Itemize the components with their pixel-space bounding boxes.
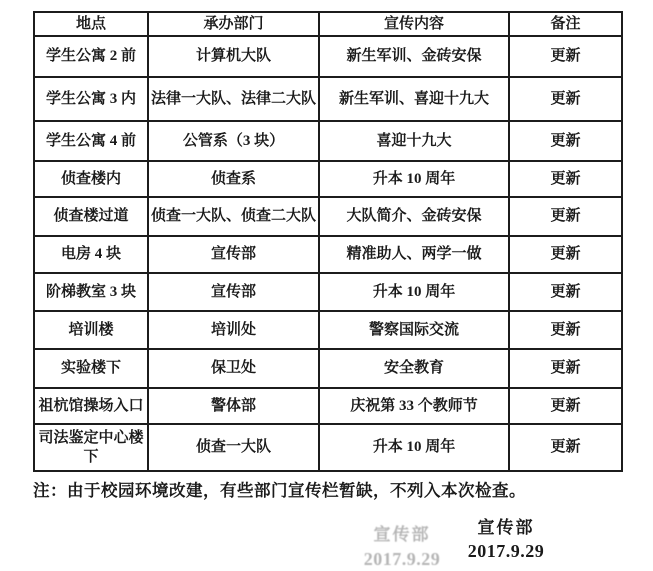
table-cell: 保卫处 (148, 349, 319, 388)
table-row: 学生公寓 2 前计算机大队新生军训、金砖安保更新 (34, 36, 622, 77)
table-cell: 升本 10 周年 (319, 161, 509, 197)
table-cell: 升本 10 周年 (319, 424, 509, 471)
table-cell: 更新 (509, 161, 622, 197)
table-cell: 侦查系 (148, 161, 319, 197)
document-page: { "table": { "headers": ["地点", "承办部门", "… (0, 0, 653, 571)
table-row: 侦查楼过道侦查一大队、侦查二大队大队简介、金砖安保更新 (34, 197, 622, 236)
table-cell: 更新 (509, 236, 622, 273)
table-cell: 祖杭馆操场入口 (34, 388, 148, 424)
table-cell: 阶梯教室 3 块 (34, 273, 148, 311)
signature-date: 2017.9.29 (448, 540, 564, 563)
table-cell: 喜迎十九大 (319, 121, 509, 161)
table-cell: 侦查一大队 (148, 424, 319, 471)
page: 地点承办部门宣传内容备注 学生公寓 2 前计算机大队新生军训、金砖安保更新学生公… (0, 0, 653, 571)
column-header: 地点 (34, 12, 148, 36)
table-cell: 培训楼 (34, 311, 148, 349)
table-cell: 电房 4 块 (34, 236, 148, 273)
table-cell: 安全教育 (319, 349, 509, 388)
footnote: 注：由于校园环境改建，有些部门宣传栏暂缺，不列入本次检查。 (33, 477, 633, 501)
table-cell: 更新 (509, 273, 622, 311)
table-row: 祖杭馆操场入口警体部庆祝第 33 个教师节更新 (34, 388, 622, 424)
table-header-row: 地点承办部门宣传内容备注 (34, 12, 622, 36)
table-cell: 更新 (509, 77, 622, 121)
table-cell: 司法鉴定中心楼下 (34, 424, 148, 471)
table-cell: 实验楼下 (34, 349, 148, 388)
table-row: 司法鉴定中心楼下侦查一大队升本 10 周年更新 (34, 424, 622, 471)
ghost-signature-department: 宣传部 (348, 522, 456, 548)
column-header: 备注 (509, 12, 622, 36)
table-row: 实验楼下保卫处安全教育更新 (34, 349, 622, 388)
table-cell: 大队简介、金砖安保 (319, 197, 509, 236)
table-cell: 更新 (509, 388, 622, 424)
table-cell: 升本 10 周年 (319, 273, 509, 311)
table-cell: 侦查楼过道 (34, 197, 148, 236)
column-header: 宣传内容 (319, 12, 509, 36)
table-row: 阶梯教室 3 块宣传部升本 10 周年更新 (34, 273, 622, 311)
table-cell: 宣传部 (148, 236, 319, 273)
table-cell: 学生公寓 3 内 (34, 77, 148, 121)
table-cell: 学生公寓 2 前 (34, 36, 148, 77)
table-cell: 学生公寓 4 前 (34, 121, 148, 161)
table-cell: 更新 (509, 197, 622, 236)
table-cell: 公管系（3 块） (148, 121, 319, 161)
table-cell: 警体部 (148, 388, 319, 424)
table-cell: 法律一大队、法律二大队 (148, 77, 319, 121)
signature-department: 宣传部 (448, 515, 564, 540)
table-body: 学生公寓 2 前计算机大队新生军训、金砖安保更新学生公寓 3 内法律一大队、法律… (34, 36, 622, 471)
table-cell: 精准助人、两学一做 (319, 236, 509, 273)
table-cell: 宣传部 (148, 273, 319, 311)
table-cell: 更新 (509, 121, 622, 161)
table-cell: 更新 (509, 36, 622, 77)
ghost-signature-block: 宣传部 2017.9.29 (348, 522, 456, 571)
table-cell: 庆祝第 33 个教师节 (319, 388, 509, 424)
inspection-table: 地点承办部门宣传内容备注 学生公寓 2 前计算机大队新生军训、金砖安保更新学生公… (33, 11, 623, 472)
column-header: 承办部门 (148, 12, 319, 36)
table-row: 培训楼培训处警察国际交流更新 (34, 311, 622, 349)
table-cell: 计算机大队 (148, 36, 319, 77)
table-cell: 更新 (509, 349, 622, 388)
ghost-signature-date: 2017.9.29 (348, 548, 456, 571)
table-row: 学生公寓 4 前公管系（3 块）喜迎十九大更新 (34, 121, 622, 161)
table-row: 侦查楼内侦查系升本 10 周年更新 (34, 161, 622, 197)
table-cell: 更新 (509, 424, 622, 471)
table-cell: 更新 (509, 311, 622, 349)
signature-block: 宣传部 2017.9.29 (448, 515, 564, 563)
table-cell: 新生军训、喜迎十九大 (319, 77, 509, 121)
table-cell: 侦查楼内 (34, 161, 148, 197)
table-cell: 警察国际交流 (319, 311, 509, 349)
table-cell: 新生军训、金砖安保 (319, 36, 509, 77)
table-row: 学生公寓 3 内法律一大队、法律二大队新生军训、喜迎十九大更新 (34, 77, 622, 121)
table-cell: 侦查一大队、侦查二大队 (148, 197, 319, 236)
table-cell: 培训处 (148, 311, 319, 349)
table-row: 电房 4 块宣传部精准助人、两学一做更新 (34, 236, 622, 273)
